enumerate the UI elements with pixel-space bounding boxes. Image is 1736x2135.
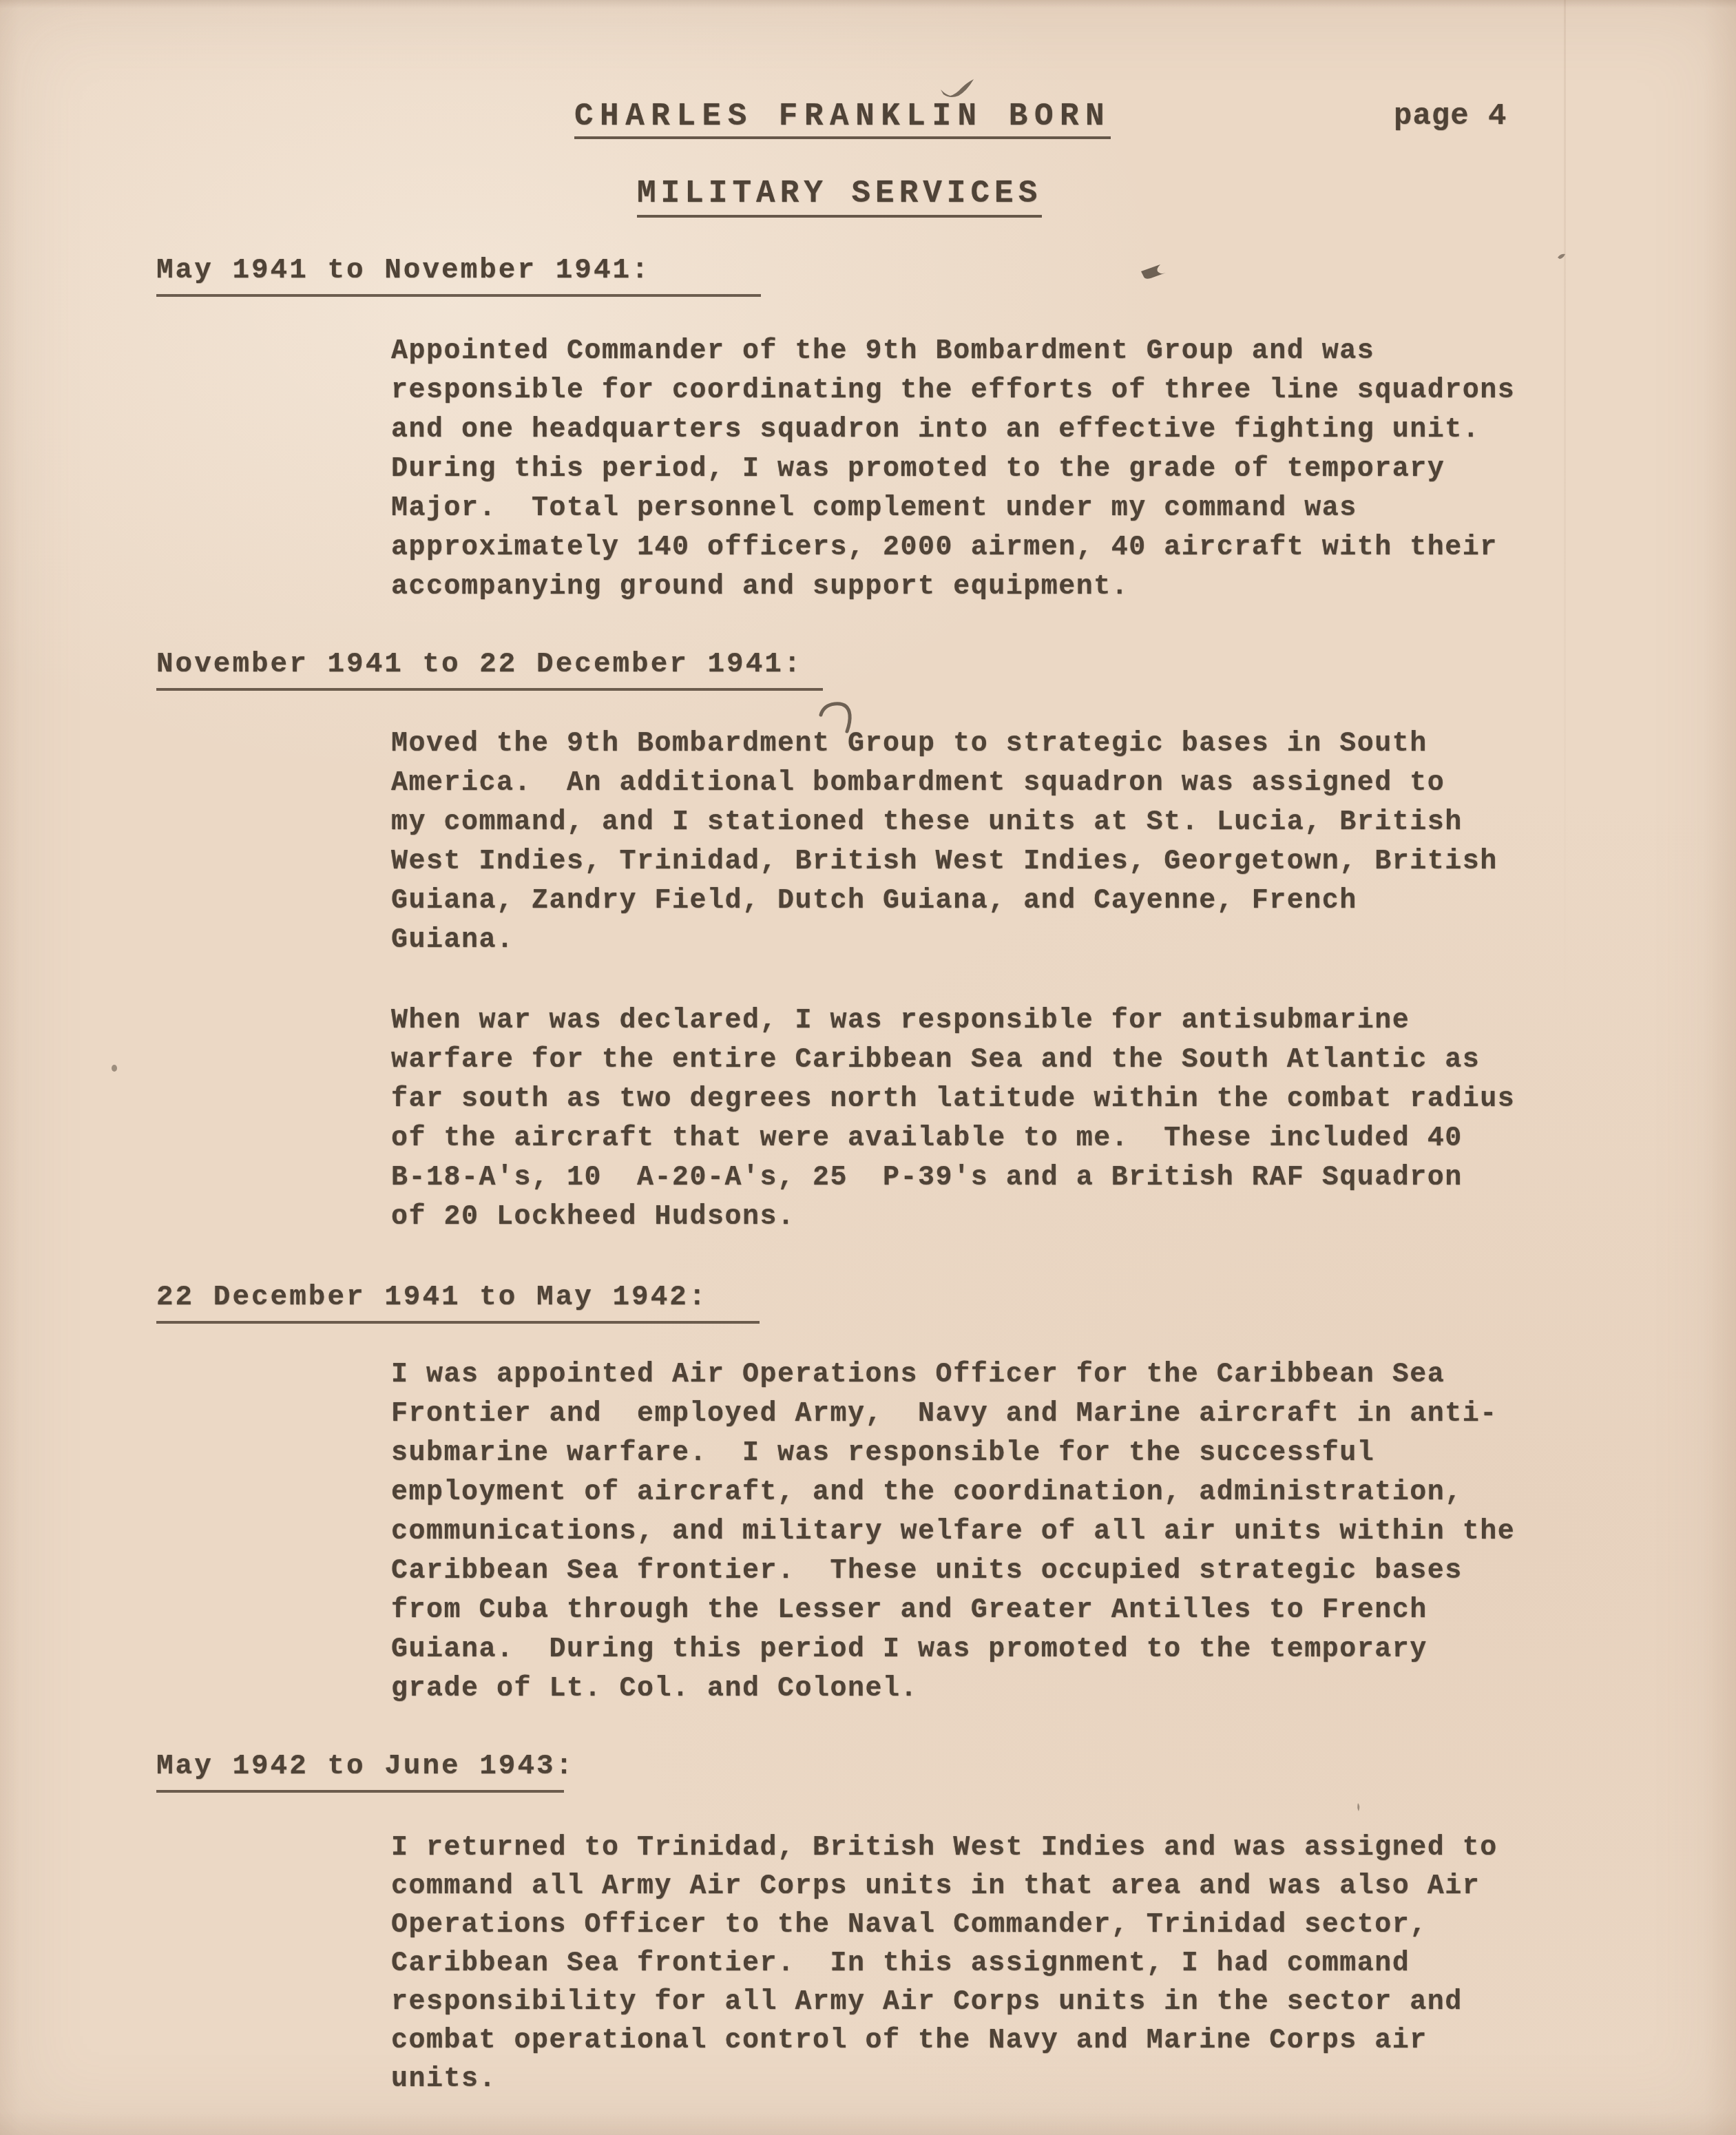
paragraph-line: When war was declared, I was responsible…	[391, 1001, 1515, 1041]
section-heading-dec1941: 22 December 1941 to May 1942:	[156, 1282, 760, 1324]
ink-speck-apostrophe	[1355, 1802, 1362, 1813]
paragraph-line: Guiana, Zandry Field, Dutch Guiana, and …	[391, 882, 1498, 921]
document-title: MILITARY SERVICES	[637, 178, 1042, 218]
paragraph-line: Major. Total personnel complement under …	[391, 489, 1515, 528]
paragraph-line: B-18-A's, 10 A-20-A's, 25 P-39's and a B…	[391, 1158, 1515, 1198]
paragraph-line: approximately 140 officers, 2000 airmen,…	[391, 528, 1515, 567]
section-heading-may1941: May 1941 to November 1941:	[156, 256, 761, 297]
paragraph-line: Frontier and employed Army, Navy and Mar…	[391, 1395, 1515, 1434]
paragraph-line: grade of Lt. Col. and Colonel.	[391, 1669, 1515, 1709]
paragraph-line: Caribbean Sea frontier. These units occu…	[391, 1552, 1515, 1591]
paragraph-line: I returned to Trinidad, British West Ind…	[391, 1829, 1498, 1868]
paragraph: Appointed Commander of the 9th Bombardme…	[391, 332, 1515, 607]
paragraph-line: command all Army Air Corps units in that…	[391, 1868, 1498, 1906]
section-heading-may1942: May 1942 to June 1943:	[156, 1751, 564, 1793]
paragraph-line: West Indies, Trinidad, British West Indi…	[391, 842, 1498, 882]
ink-speck-edge	[1556, 252, 1567, 260]
ink-speck-margin	[110, 1063, 118, 1073]
paragraph-line: Operations Officer to the Naval Commande…	[391, 1906, 1498, 1945]
paragraph: When war was declared, I was responsible…	[391, 1001, 1515, 1237]
paragraph: I was appointed Air Operations Officer f…	[391, 1355, 1515, 1709]
paragraph-line: I was appointed Air Operations Officer f…	[391, 1355, 1515, 1395]
paragraph-line: employment of aircraft, and the coordina…	[391, 1473, 1515, 1512]
paragraph-line: units.	[391, 2061, 1498, 2099]
paragraph-line: Guiana. During this period I was promote…	[391, 1630, 1515, 1669]
section-heading-nov1941: November 1941 to 22 December 1941:	[156, 649, 823, 691]
paragraph: Moved the 9th Bombardment Group to strat…	[391, 725, 1498, 960]
paragraph-line: responsibility for all Army Air Corps un…	[391, 1983, 1498, 2022]
paragraph-line: warfare for the entire Caribbean Sea and…	[391, 1041, 1515, 1080]
paragraph-line: from Cuba through the Lesser and Greater…	[391, 1591, 1515, 1630]
scanned-document-page: CHARLES FRANKLIN BORN page 4 MILITARY SE…	[0, 0, 1736, 2135]
paragraph-line: and one headquarters squadron into an ef…	[391, 410, 1515, 450]
paragraph-line: of 20 Lockheed Hudsons.	[391, 1198, 1515, 1237]
paragraph-line: Moved the 9th Bombardment Group to strat…	[391, 725, 1498, 764]
page-number: page 4	[1394, 101, 1507, 132]
page-header-title: CHARLES FRANKLIN BORN	[574, 101, 1111, 139]
paragraph: I returned to Trinidad, British West Ind…	[391, 1829, 1498, 2099]
paragraph-line: Guiana.	[391, 921, 1498, 960]
paragraph-line: Caribbean Sea frontier. In this assignme…	[391, 1945, 1498, 1983]
paragraph-line: of the aircraft that were available to m…	[391, 1119, 1515, 1158]
paper-crease	[1564, 0, 1566, 1033]
paragraph-line: combat operational control of the Navy a…	[391, 2022, 1498, 2061]
paragraph-line: Appointed Commander of the 9th Bombardme…	[391, 332, 1515, 371]
paragraph-line: accompanying ground and support equipmen…	[391, 567, 1515, 607]
paragraph-line: submarine warfare. I was responsible for…	[391, 1434, 1515, 1473]
paragraph-line: During this period, I was promoted to th…	[391, 450, 1515, 489]
paragraph-line: far south as two degrees north latitude …	[391, 1080, 1515, 1119]
pen-check-mark	[1140, 263, 1169, 282]
paragraph-line: America. An additional bombardment squad…	[391, 764, 1498, 803]
paragraph-line: my command, and I stationed these units …	[391, 803, 1498, 842]
paragraph-line: communications, and military welfare of …	[391, 1512, 1515, 1552]
paragraph-line: responsible for coordinating the efforts…	[391, 371, 1515, 410]
